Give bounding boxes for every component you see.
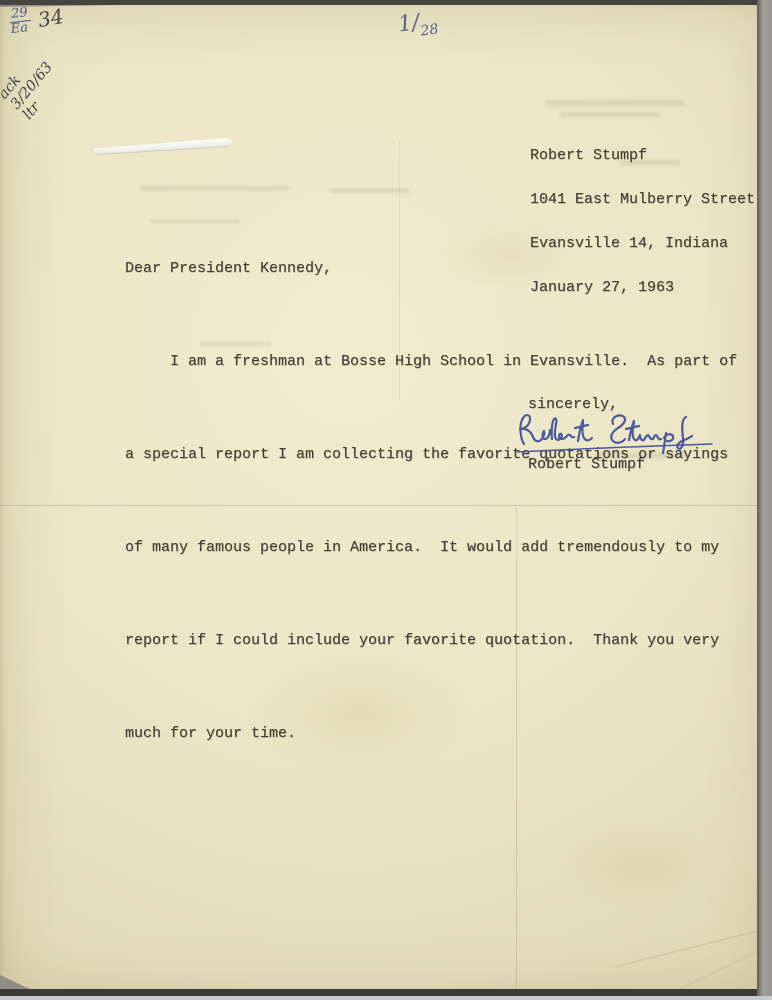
- annotation-date-part1: 1/: [396, 10, 421, 38]
- typed-signature-name: Robert Stumpf: [528, 457, 645, 472]
- salutation: Dear President Kennedy,: [125, 253, 737, 284]
- ink-smudge: [560, 112, 660, 117]
- annotation-date-received: 1/28: [396, 7, 438, 37]
- signature-ink-strokes: [514, 410, 720, 458]
- signature-handwritten: [514, 410, 720, 458]
- letter-page: 1/28 29 Ea 34 ack 3/20/63 ltr Robert Stu…: [0, 0, 772, 1000]
- tape-mark: [93, 138, 234, 156]
- paper-stain: [560, 820, 720, 910]
- scanner-edge-right: [757, 0, 772, 1000]
- annotation-number-34: 34: [36, 4, 65, 32]
- annotation-ack-note: ack 3/20/63 ltr: [0, 49, 68, 123]
- annotation-fraction-denominator: Ea: [10, 21, 32, 36]
- scanner-edge-bottom-light: [0, 996, 772, 1000]
- annotation-fraction: 29 Ea: [9, 7, 32, 36]
- corner-crease: [614, 924, 772, 967]
- annotation-date-part2: 28: [420, 21, 440, 39]
- body-line: report if I could include your favorite …: [125, 625, 737, 656]
- body-line: much for your time.: [125, 718, 737, 749]
- ink-smudge: [545, 100, 685, 106]
- sender-name-line: Robert Stumpf: [530, 149, 755, 164]
- scanner-edge-top: [0, 0, 772, 5]
- body-line: I am a freshman at Bosse High School in …: [125, 346, 737, 377]
- body-line: of many famous people in America. It wou…: [125, 532, 737, 563]
- letter-body: Dear President Kennedy, I am a freshman …: [125, 191, 737, 811]
